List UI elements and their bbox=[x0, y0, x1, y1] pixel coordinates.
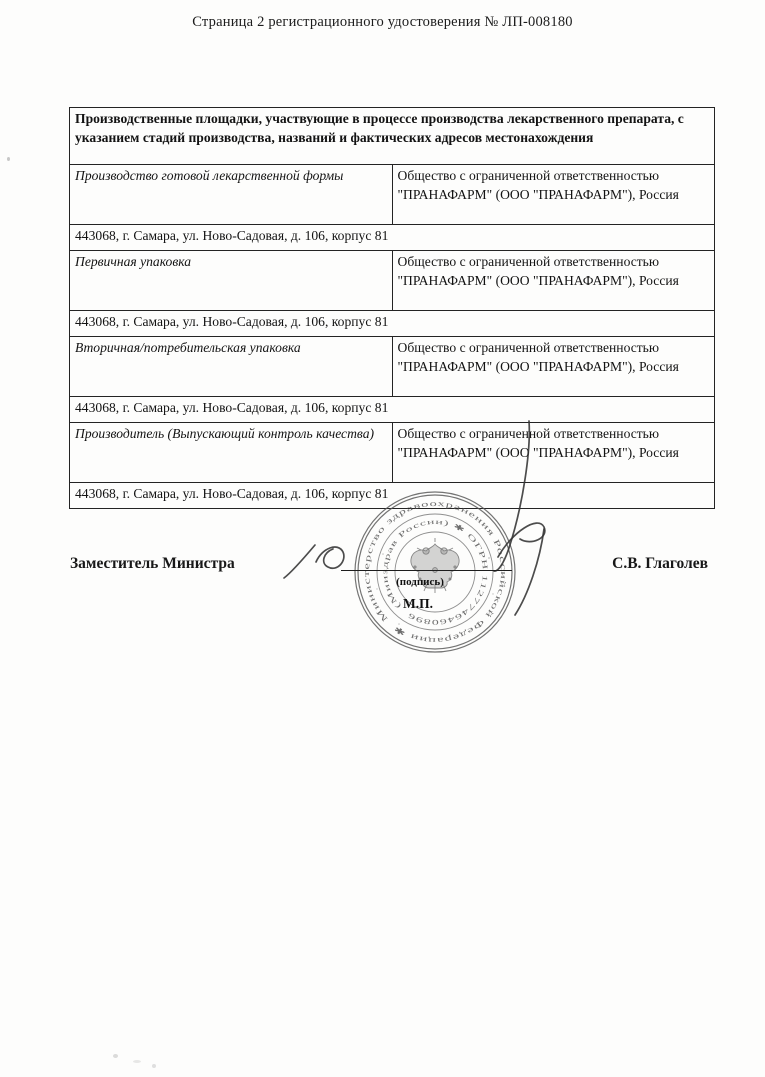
company-cell: Общество с ограниченной ответственностью… bbox=[392, 251, 715, 311]
stage-cell: Вторичная/потребительская упаковка bbox=[70, 337, 393, 397]
address-cell: 443068, г. Самара, ул. Ново-Садовая, д. … bbox=[70, 311, 715, 337]
table-row: 443068, г. Самара, ул. Ново-Садовая, д. … bbox=[70, 225, 715, 251]
signature-line bbox=[341, 570, 512, 571]
table-header-cell: Производственные площадки, участвующие в… bbox=[70, 108, 715, 165]
scan-artifact bbox=[152, 1064, 156, 1068]
table-row: Первичная упаковка Общество с ограниченн… bbox=[70, 251, 715, 311]
stage-cell: Производство готовой лекарственной формы bbox=[70, 165, 393, 225]
page-title: Страница 2 регистрационного удостоверени… bbox=[0, 14, 765, 31]
stage-cell: Первичная упаковка bbox=[70, 251, 393, 311]
table-row: Вторичная/потребительская упаковка Общес… bbox=[70, 337, 715, 397]
table-row: Производство готовой лекарственной формы… bbox=[70, 165, 715, 225]
stamp-place-label: М.П. bbox=[403, 596, 433, 612]
company-cell: Общество с ограниченной ответственностью… bbox=[392, 165, 715, 225]
scan-artifact bbox=[133, 1060, 141, 1063]
address-cell: 443068, г. Самара, ул. Ново-Садовая, д. … bbox=[70, 225, 715, 251]
table-row: 443068, г. Самара, ул. Ново-Садовая, д. … bbox=[70, 311, 715, 337]
signer-position: Заместитель Министра bbox=[70, 555, 235, 573]
table-header-row: Производственные площадки, участвующие в… bbox=[70, 108, 715, 165]
scan-artifact bbox=[113, 1054, 118, 1058]
signature-caption: (подпись) bbox=[388, 576, 452, 588]
handwritten-signature bbox=[265, 405, 575, 665]
scan-artifact bbox=[7, 157, 10, 161]
signer-name: С.В. Глаголев bbox=[612, 555, 708, 573]
company-cell: Общество с ограниченной ответственностью… bbox=[392, 337, 715, 397]
document-page: Страница 2 регистрационного удостоверени… bbox=[0, 0, 765, 1077]
